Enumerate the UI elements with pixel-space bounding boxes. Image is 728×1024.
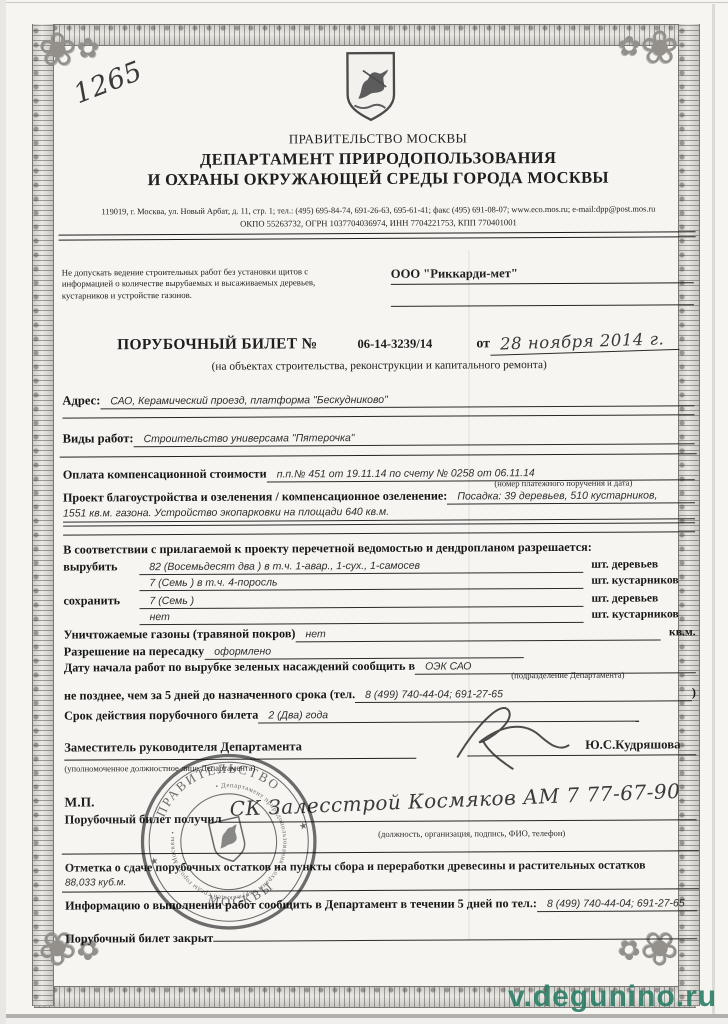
deputy-name: Ю.С.Кудряшова: [585, 737, 680, 752]
moscow-coat-of-arms-icon: [342, 50, 400, 124]
closed-blank-line: [213, 925, 697, 942]
header-double-rule: [59, 231, 696, 240]
landscaping-value-1: Посадка: 39 деревьев, 510 кустарников,: [447, 489, 695, 504]
address-value: САО, Керамический проезд, платформа "Бес…: [100, 392, 694, 409]
lawns-value: нет: [295, 626, 661, 642]
keep-shrubs-unit: шт. кустарников: [592, 607, 696, 621]
keep-trees-value: 7 (Семь ): [139, 593, 583, 609]
stamp-shield-icon: [209, 817, 249, 865]
stamp-star-right-icon: ★: [298, 820, 309, 833]
deadline-close-paren: ): [692, 685, 696, 700]
received-caption: (должность, организация, подпись, ФИО, т…: [302, 828, 642, 840]
mp-label: М.П.: [64, 794, 94, 810]
header-department-line2: И ОХРАНЫ ОКРУЖАЮЩЕЙ СРЕДЫ ГОРОДА МОСКВЫ: [61, 167, 695, 190]
scanned-document: ❀✿ ❀✿ ❀✿ ❀✿ 1265 ПРАВИТЕЛЬСТВО МОСКВЫ ДЕ…: [0, 0, 728, 1024]
header-address: 119019, г. Москва, ул. Новый Арбат, д. 1…: [61, 204, 695, 216]
payment-label: Оплата компенсационной стоимости: [63, 467, 267, 483]
cut-trees-unit: шт. деревьев: [591, 557, 695, 571]
address-blank-line: [63, 414, 695, 418]
replant-label: Разрешение на пересадку: [64, 644, 205, 660]
keep-shrubs-value: нет: [140, 609, 584, 625]
validity-label: Срок действия порубочного билета: [64, 708, 258, 724]
lawns-label: Уничтожаемые газоны (травяной покров): [64, 626, 296, 642]
document-number: 06-14-3239/14: [357, 337, 432, 352]
organization-name: ООО "Риккарди-мет": [391, 265, 694, 285]
handwritten-date: 28 ноября 2014 г.: [490, 329, 680, 356]
handwritten-ledger-number: 1265: [70, 56, 147, 111]
stamp-star-left-icon: ★: [149, 855, 160, 868]
header-registration: ОКПО 55263732, ОГРН 1037704036974, ИНН 7…: [61, 216, 695, 229]
deadline-label: не позднее, чем за 5 дней до назначенног…: [64, 687, 355, 704]
document-date-prefix: от: [476, 336, 490, 352]
section-separator: [60, 453, 697, 457]
inform-phone: 8 (499) 740-44-04; 691-27-65: [537, 897, 697, 912]
construction-notice: Не допускать ведение строительных работ …: [62, 266, 354, 302]
keep-label: сохранить: [63, 593, 139, 608]
cut-shrubs-unit: шт. кустарников: [591, 573, 695, 587]
deputy-signature-icon: [449, 695, 601, 772]
permission-intro: В соответствии с прилагаемой к проекту п…: [63, 540, 592, 558]
header-government: ПРАВИТЕЛЬСТВО МОСКВЫ: [61, 129, 695, 148]
keep-trees-unit: шт. деревьев: [591, 591, 695, 605]
work-types-value: Строительство универсама "Пятерочка": [134, 430, 695, 447]
blank-line: [63, 522, 695, 526]
lawns-unit: кв.м.: [669, 625, 696, 638]
start-notify-caption: (подразделение Департамента): [463, 669, 673, 680]
document-title: ПОРУБОЧНЫЙ БИЛЕТ №: [117, 335, 317, 354]
start-notify-label: Дату начала работ по вырубке зеленых нас…: [64, 659, 415, 676]
residues-value: 88,033 куб.м.: [65, 877, 126, 888]
cut-shrubs-value: 7 (Семь ) в т.ч. 4-поросль: [139, 575, 583, 591]
organization-blank-line: [391, 304, 694, 307]
address-label: Адрес:: [62, 393, 100, 408]
landscaping-value-2: 1551 кв.м. газона. Устройство экопарковк…: [63, 504, 695, 522]
blank-line: [63, 531, 695, 535]
landscaping-label: Проект благоустройства и озеленения / ко…: [63, 489, 447, 506]
cut-label: вырубить: [63, 559, 139, 574]
site-watermark: v.degunino.ru: [508, 980, 717, 1014]
work-types-label: Виды работ:: [63, 431, 134, 446]
document-subtitle: (на объектах строительства, реконструкци…: [62, 358, 696, 373]
cut-trees-value: 82 (Восемьдесят два ) в т.ч. 1-авар., 1-…: [139, 559, 583, 575]
